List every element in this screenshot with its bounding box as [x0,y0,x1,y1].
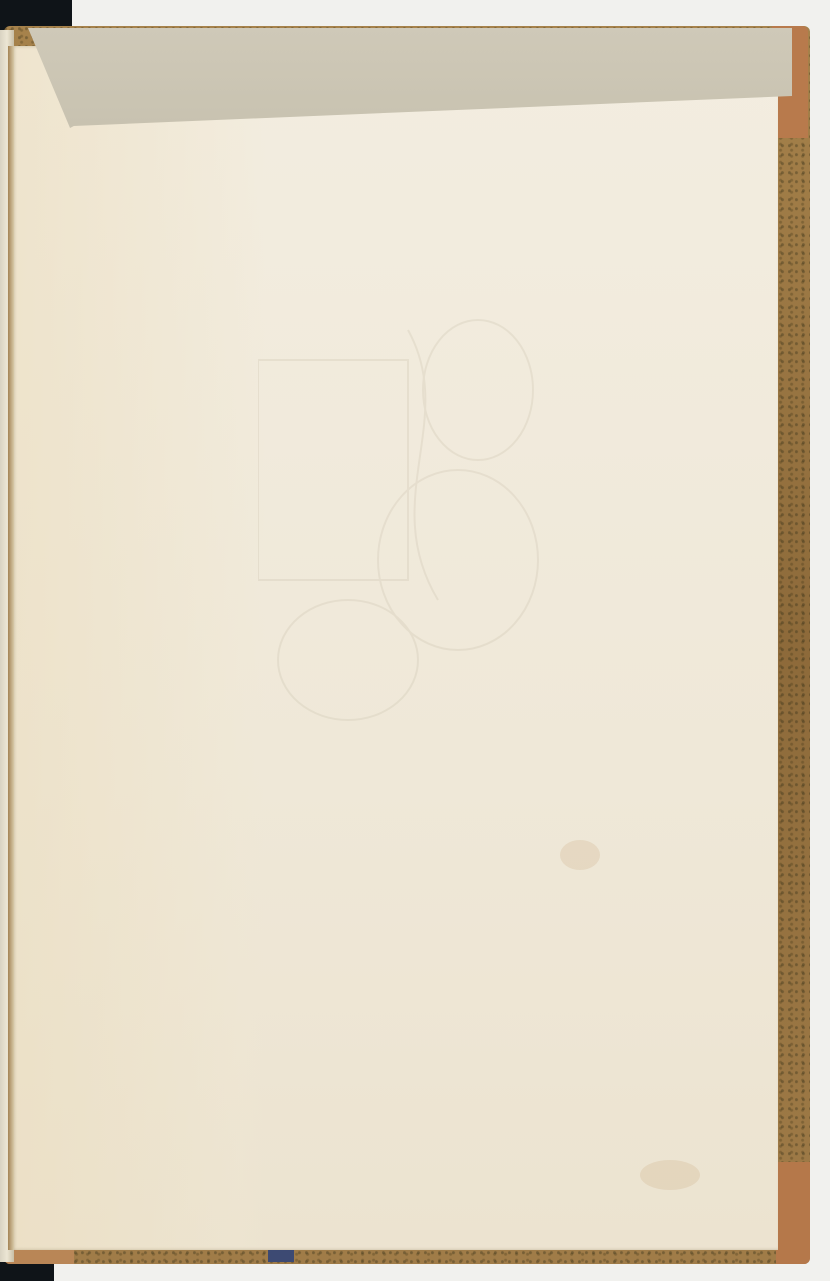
foxing-spot [640,1160,700,1190]
scanner-background-bottom-left [0,1262,54,1281]
leather-corner-bottom-right [776,1162,810,1264]
binding-blue-patch [268,1250,294,1262]
leather-corner-bottom-left [4,1248,74,1264]
show-through-ornament-icon [258,300,558,740]
gutter-fold [8,46,14,1250]
foxing-spot [560,840,600,870]
